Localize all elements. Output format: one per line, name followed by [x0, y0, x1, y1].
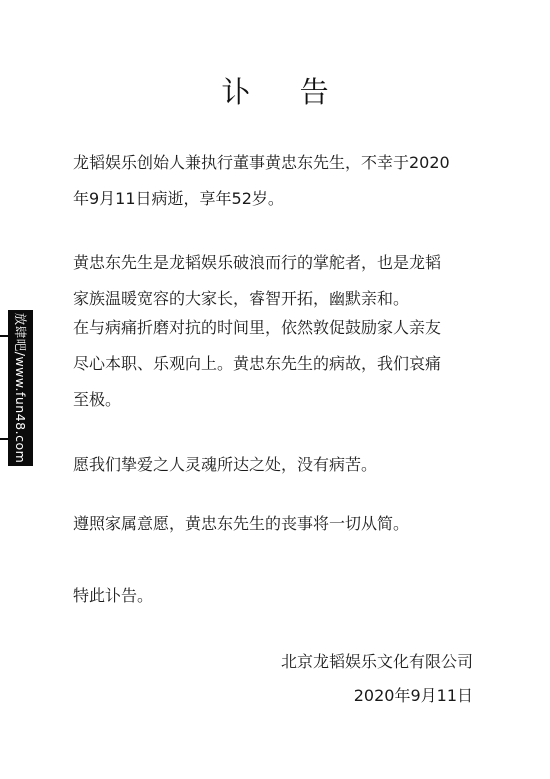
notice-title: 讣 告 — [0, 72, 550, 112]
paragraph-closing: 特此讣告。 — [73, 578, 493, 614]
paragraph-funeral-arrangements: 遵照家属意愿，黄忠东先生的丧事将一切从简。 — [73, 506, 493, 542]
signature-company: 北京龙韬娱乐文化有限公司 — [281, 644, 473, 680]
signature-date: 2020年9月11日 — [354, 678, 473, 714]
paragraph-wish: 愿我们挚爱之人灵魂所达之处，没有病苦。 — [73, 447, 493, 483]
paragraph-tribute: 黄忠东先生是龙韬娱乐破浪而行的掌舵者，也是龙韬 家族温暖宽容的大家长，睿智开拓，… — [73, 245, 493, 317]
watermark-badge: 放肆吧/www.fun48.com — [8, 310, 33, 466]
paragraph-illness: 在与病痛折磨对抗的时间里，依然敦促鼓励家人亲友 尽心本职、乐观向上。黄忠东先生的… — [73, 310, 493, 418]
obituary-notice-page: 讣 告 龙韬娱乐创始人兼执行董事黄忠东先生，不幸于2020 年9月11日病逝，享… — [0, 0, 550, 779]
watermark-text: 放肆吧/www.fun48.com — [12, 313, 30, 464]
paragraph-announcement: 龙韬娱乐创始人兼执行董事黄忠东先生，不幸于2020 年9月11日病逝，享年52岁… — [73, 145, 493, 217]
